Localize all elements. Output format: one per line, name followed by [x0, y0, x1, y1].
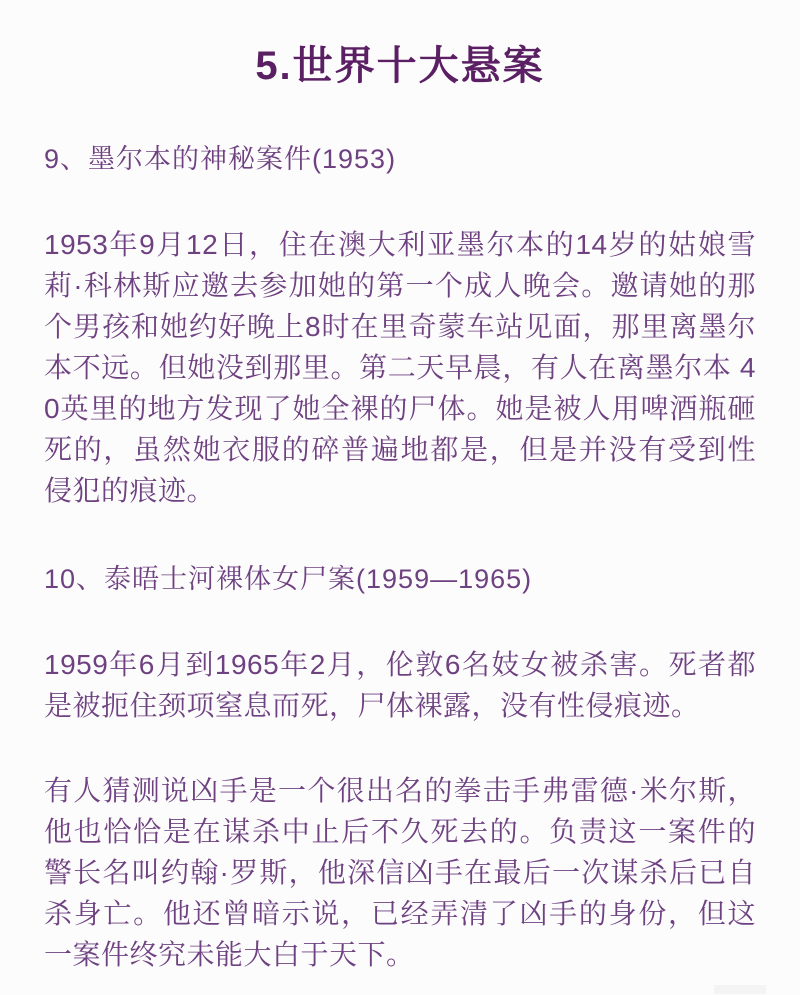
section-9-paragraph: 1953年9月12日，住在澳大利亚墨尔本的14岁的姑娘雪莉·科林斯应邀去参加她的… — [44, 224, 756, 511]
document-page: 5.世界十大悬案 9、墨尔本的神秘案件(1953) 1953年9月12日，住在澳… — [0, 0, 800, 995]
page-title: 5.世界十大悬案 — [44, 34, 756, 91]
section-10-heading: 10、泰晤士河裸体女尸案(1959—1965) — [44, 557, 756, 596]
section-9-heading: 9、墨尔本的神秘案件(1953) — [44, 137, 756, 176]
watermark-remnant — [714, 985, 766, 994]
section-10-paragraph-1: 1959年6月到1965年2月，伦敦6名妓女被杀害。死者都是被扼住颈项窒息而死，… — [44, 644, 756, 726]
document-content: 5.世界十大悬案 9、墨尔本的神秘案件(1953) 1953年9月12日，住在澳… — [0, 34, 800, 975]
section-10-paragraph-2: 有人猜测说凶手是一个很出名的拳击手弗雷德·米尔斯，他也恰恰是在谋杀中止后不久死去… — [44, 770, 756, 975]
